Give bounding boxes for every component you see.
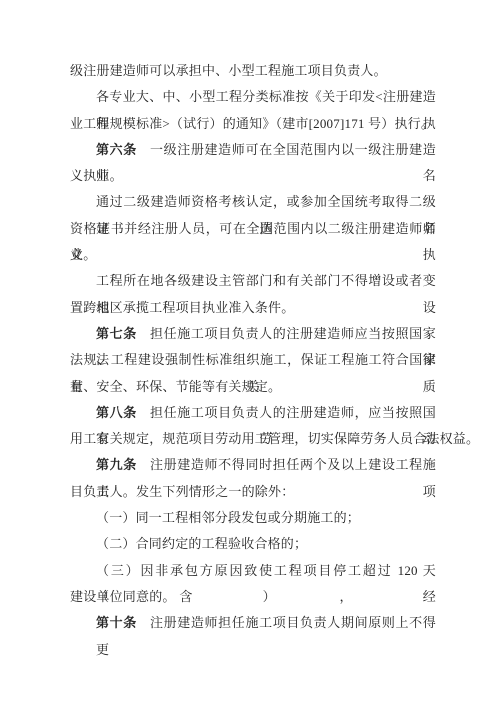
article-number: 第八条 <box>96 405 137 420</box>
line-text: 义执业。 <box>70 168 123 183</box>
line-text: 一级注册建造师可在全国范围内以一级注册建造师名 <box>96 142 436 183</box>
article-number: 第九条 <box>96 457 137 472</box>
line-text: 用工有关规定，规范项目劳动用工管理，切实保障劳务人员合法权益。 <box>70 431 479 446</box>
text-line: 用工有关规定，规范项目劳动用工管理，切实保障劳务人员合法权益。 <box>70 426 436 452</box>
text-line: （三）因非承包方原因致使工程项目停工超过 120 天（含），经 <box>70 558 436 584</box>
text-line: （二）合同约定的工程验收合格的； <box>70 531 436 557</box>
line-text: （一）同一工程相邻分段发包或分期施工的； <box>96 510 360 525</box>
text-line: 通过二级建造师资格考核认定，或参加全国统考取得二级建造师 <box>70 189 436 215</box>
line-text: 资格证书并经注册人员，可在全国范围内以二级注册建造师名义执 <box>70 221 436 262</box>
line-text: 业工程规模标准>（试行）的通知》（建市[2007]171 号）执行。 <box>70 116 434 131</box>
text-line: 第十条注册建造师担任施工项目负责人期间原则上不得更 <box>70 610 436 636</box>
document-page: 级注册建造师可以承担中、小型工程施工项目负责人。各专业大、中、小型工程分类标准按… <box>0 0 500 707</box>
line-text: 目负责人。发生下列情形之一的除外： <box>70 484 294 499</box>
line-text: 业。 <box>70 247 96 262</box>
article-number: 第六条 <box>96 142 137 157</box>
document-body: 级注册建造师可以承担中、小型工程施工项目负责人。各专业大、中、小型工程分类标准按… <box>70 58 436 637</box>
text-line: 法规、工程建设强制性标准组织施工，保证工程施工符合国家有关质 <box>70 347 436 373</box>
article-number: 第七条 <box>96 326 137 341</box>
text-line: 资格证书并经注册人员，可在全国范围内以二级注册建造师名义执 <box>70 216 436 242</box>
text-line: 工程所在地各级建设主管部门和有关部门不得增设或者变相设 <box>70 268 436 294</box>
text-line: 各专业大、中、小型工程分类标准按《关于印发<注册建造师执 <box>70 84 436 110</box>
text-line: 第七条担任施工项目负责人的注册建造师应当按照国家法律 <box>70 321 436 347</box>
article-number: 第十条 <box>96 615 137 630</box>
text-line: （一）同一工程相邻分段发包或分期施工的； <box>70 505 436 531</box>
text-line: 第八条担任施工项目负责人的注册建造师，应当按照国家劳动 <box>70 400 436 426</box>
text-line: 第九条注册建造师不得同时担任两个及以上建设工程施工项 <box>70 452 436 478</box>
text-line: 业工程规模标准>（试行）的通知》（建市[2007]171 号）执行。 <box>70 111 436 137</box>
line-text: 量、安全、环保、节能等有关规定。 <box>70 379 281 394</box>
line-text: （二）合同约定的工程验收合格的； <box>96 536 307 551</box>
text-line: 第六条一级注册建造师可在全国范围内以一级注册建造师名 <box>70 137 436 163</box>
line-text: 置跨地区承揽工程项目执业准入条件。 <box>70 300 294 315</box>
line-text: 建设单位同意的。 <box>70 589 176 604</box>
text-line: 级注册建造师可以承担中、小型工程施工项目负责人。 <box>70 58 436 84</box>
line-text: 注册建造师担任施工项目负责人期间原则上不得更 <box>96 615 436 656</box>
line-text: 级注册建造师可以承担中、小型工程施工项目负责人。 <box>70 63 387 78</box>
